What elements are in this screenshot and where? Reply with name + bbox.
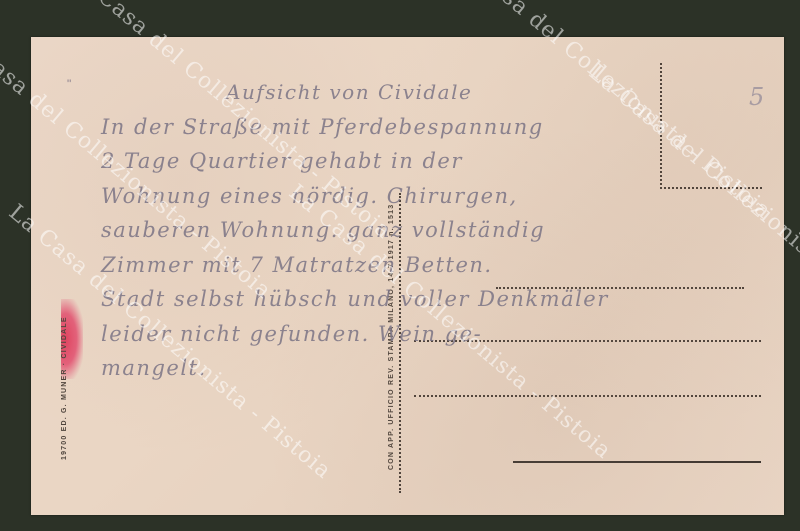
message-line: In der Straße mit Pferdebespannung [101, 110, 609, 145]
message-line: Stadt selbst hübsch und voller Denkmäler [101, 282, 609, 317]
tick-mark: " [67, 77, 71, 91]
address-line-3 [414, 395, 761, 397]
message-heading: Aufsicht von Cividale [101, 75, 609, 110]
address-line-4 [513, 461, 761, 463]
publisher-imprint: 19700 ED. G. MUNER · CIVIDALE [61, 316, 68, 460]
message-line: 2 Tage Quartier gehabt in der [101, 144, 609, 179]
